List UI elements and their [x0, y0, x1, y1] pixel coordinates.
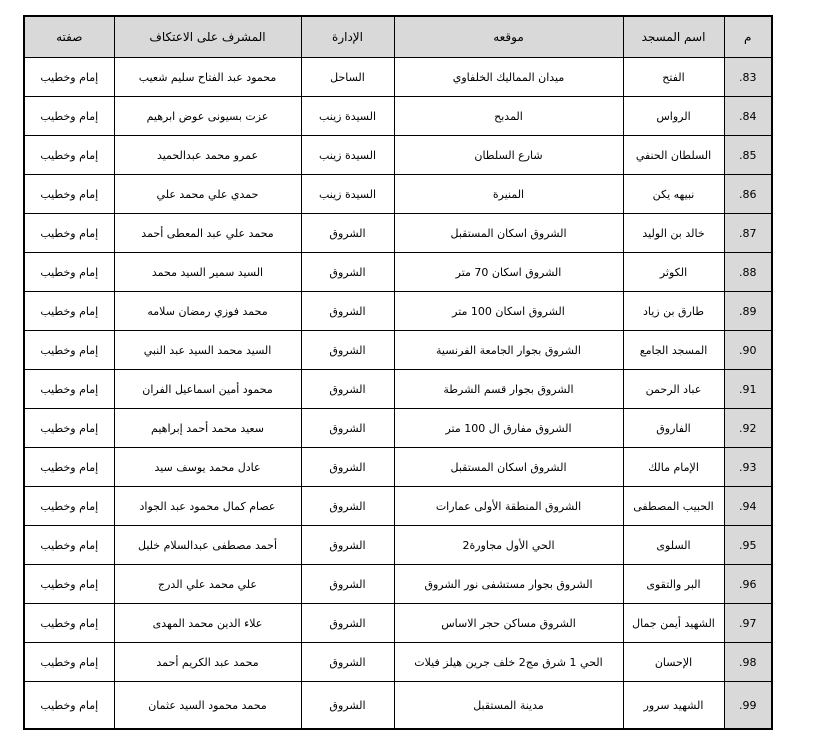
cell-location: المنيرة — [394, 175, 623, 214]
cell-supervisor: السيد محمد السيد عبد النبي — [114, 331, 301, 370]
cell-supervisor: عادل محمد يوسف سيد — [114, 448, 301, 487]
cell-role: إمام وخطيب — [24, 331, 114, 370]
cell-supervisor: محمود أمين اسماعيل الفران — [114, 370, 301, 409]
cell-role: إمام وخطيب — [24, 448, 114, 487]
table-row: .88الكوثرالشروق اسكان 70 مترالشروقالسيد … — [24, 253, 772, 292]
cell-supervisor: السيد سمير السيد محمد — [114, 253, 301, 292]
cell-supervisor: محمد علي عبد المعطى أحمد — [114, 214, 301, 253]
table-row: .93الإمام مالكالشروق اسكان المستقبلالشرو… — [24, 448, 772, 487]
cell-admin: الساحل — [301, 58, 394, 97]
cell-num: .93 — [724, 448, 772, 487]
cell-admin: الشروق — [301, 370, 394, 409]
table-row: .90المسجد الجامعالشروق بجوار الجامعة الف… — [24, 331, 772, 370]
cell-num: .90 — [724, 331, 772, 370]
cell-location: الشروق بجوار قسم الشرطة — [394, 370, 623, 409]
cell-admin: الشروق — [301, 565, 394, 604]
table-row: .96البر والتقوىالشروق بجوار مستشفى نور ا… — [24, 565, 772, 604]
cell-mosque: الإحسان — [623, 643, 724, 682]
cell-supervisor: عزت بسيونى عوض ابرهيم — [114, 97, 301, 136]
cell-location: المدبح — [394, 97, 623, 136]
cell-location: شارع السلطان — [394, 136, 623, 175]
cell-location: الشروق بجوار مستشفى نور الشروق — [394, 565, 623, 604]
header-location: موقعه — [394, 16, 623, 58]
cell-supervisor: أحمد مصطفى عبدالسلام خليل — [114, 526, 301, 565]
cell-location: الشروق اسكان المستقبل — [394, 214, 623, 253]
cell-supervisor: محمد محمود السيد عثمان — [114, 682, 301, 730]
cell-supervisor: علاء الدين محمد المهدى — [114, 604, 301, 643]
cell-num: .97 — [724, 604, 772, 643]
cell-mosque: الإمام مالك — [623, 448, 724, 487]
table-row: .86نبيهه يكنالمنيرةالسيدة زينبحمدي علي م… — [24, 175, 772, 214]
cell-admin: الشروق — [301, 331, 394, 370]
table-row: .87خالد بن الوليدالشروق اسكان المستقبلال… — [24, 214, 772, 253]
cell-mosque: عباد الرحمن — [623, 370, 724, 409]
table-row: .89طارق بن زيادالشروق اسكان 100 مترالشرو… — [24, 292, 772, 331]
cell-supervisor: عصام كمال محمود عبد الجواد — [114, 487, 301, 526]
cell-num: .94 — [724, 487, 772, 526]
cell-num: .86 — [724, 175, 772, 214]
table-row: .98الإحسانالحي 1 شرق مج2 خلف جرين هيلز ف… — [24, 643, 772, 682]
cell-location: الحي الأول مجاورة2 — [394, 526, 623, 565]
cell-supervisor: علي محمد علي الدرج — [114, 565, 301, 604]
cell-admin: الشروق — [301, 526, 394, 565]
cell-supervisor: عمرو محمد عبدالحميد — [114, 136, 301, 175]
cell-mosque: الرواس — [623, 97, 724, 136]
cell-supervisor: محمد عبد الكريم أحمد — [114, 643, 301, 682]
cell-admin: الشروق — [301, 409, 394, 448]
cell-role: إمام وخطيب — [24, 604, 114, 643]
header-administration: الإدارة — [301, 16, 394, 58]
cell-admin: الشروق — [301, 214, 394, 253]
cell-mosque: البر والتقوى — [623, 565, 724, 604]
cell-location: الشروق اسكان المستقبل — [394, 448, 623, 487]
cell-mosque: الكوثر — [623, 253, 724, 292]
cell-num: .91 — [724, 370, 772, 409]
cell-mosque: الشهيد أيمن جمال — [623, 604, 724, 643]
cell-location: ميدان المماليك الخلفاوي — [394, 58, 623, 97]
cell-mosque: المسجد الجامع — [623, 331, 724, 370]
cell-role: إمام وخطيب — [24, 175, 114, 214]
document-page: م اسم المسجد موقعه الإدارة المشرف على ال… — [0, 0, 818, 735]
cell-mosque: طارق بن زياد — [623, 292, 724, 331]
cell-supervisor: حمدي علي محمد علي — [114, 175, 301, 214]
cell-role: إمام وخطيب — [24, 409, 114, 448]
cell-location: الشروق اسكان 100 متر — [394, 292, 623, 331]
cell-role: إمام وخطيب — [24, 370, 114, 409]
mosques-table: م اسم المسجد موقعه الإدارة المشرف على ال… — [23, 15, 773, 730]
cell-role: إمام وخطيب — [24, 682, 114, 730]
cell-num: .95 — [724, 526, 772, 565]
table-row: .94الحبيب المصطفىالشروق المنطقة الأولى ع… — [24, 487, 772, 526]
table-row: .85السلطان الحنفيشارع السلطانالسيدة زينب… — [24, 136, 772, 175]
cell-mosque: الفاروق — [623, 409, 724, 448]
cell-admin: الشروق — [301, 487, 394, 526]
cell-location: مدينة المستقبل — [394, 682, 623, 730]
cell-mosque: السلوى — [623, 526, 724, 565]
cell-location: الشروق اسكان 70 متر — [394, 253, 623, 292]
cell-mosque: الفتح — [623, 58, 724, 97]
cell-role: إمام وخطيب — [24, 565, 114, 604]
cell-supervisor: محمد فوزي رمضان سلامه — [114, 292, 301, 331]
cell-admin: الشروق — [301, 448, 394, 487]
cell-role: إمام وخطيب — [24, 214, 114, 253]
cell-num: .89 — [724, 292, 772, 331]
cell-num: .85 — [724, 136, 772, 175]
table-row: .97الشهيد أيمن جمالالشروق مساكن حجر الاس… — [24, 604, 772, 643]
cell-location: الشروق بجوار الجامعة الفرنسية — [394, 331, 623, 370]
cell-role: إمام وخطيب — [24, 643, 114, 682]
table-row: .99الشهيد سرورمدينة المستقبلالشروقمحمد م… — [24, 682, 772, 730]
header-itikaf-supervisor: المشرف على الاعتكاف — [114, 16, 301, 58]
cell-mosque: الحبيب المصطفى — [623, 487, 724, 526]
header-num: م — [724, 16, 772, 58]
cell-role: إمام وخطيب — [24, 136, 114, 175]
cell-admin: السيدة زينب — [301, 175, 394, 214]
cell-num: .84 — [724, 97, 772, 136]
cell-admin: السيدة زينب — [301, 97, 394, 136]
cell-admin: الشروق — [301, 682, 394, 730]
cell-admin: الشروق — [301, 643, 394, 682]
cell-num: .92 — [724, 409, 772, 448]
cell-role: إمام وخطيب — [24, 253, 114, 292]
cell-num: .87 — [724, 214, 772, 253]
cell-mosque: السلطان الحنفي — [623, 136, 724, 175]
cell-role: إمام وخطيب — [24, 526, 114, 565]
table-row: .92الفاروقالشروق مفارق ال 100 مترالشروقس… — [24, 409, 772, 448]
cell-num: .88 — [724, 253, 772, 292]
cell-role: إمام وخطيب — [24, 292, 114, 331]
cell-mosque: الشهيد سرور — [623, 682, 724, 730]
header-mosque-name: اسم المسجد — [623, 16, 724, 58]
cell-location: الشروق المنطقة الأولى عمارات — [394, 487, 623, 526]
table-row: .83الفتحميدان المماليك الخلفاويالساحلمحم… — [24, 58, 772, 97]
cell-num: .99 — [724, 682, 772, 730]
cell-role: إمام وخطيب — [24, 58, 114, 97]
cell-num: .96 — [724, 565, 772, 604]
cell-location: الشروق مساكن حجر الاساس — [394, 604, 623, 643]
cell-admin: الشروق — [301, 604, 394, 643]
cell-num: .83 — [724, 58, 772, 97]
cell-admin: السيدة زينب — [301, 136, 394, 175]
cell-role: إمام وخطيب — [24, 487, 114, 526]
cell-location: الشروق مفارق ال 100 متر — [394, 409, 623, 448]
cell-supervisor: محمود عبد الفتاح سليم شعيب — [114, 58, 301, 97]
cell-location: الحي 1 شرق مج2 خلف جرين هيلز فيلات — [394, 643, 623, 682]
table-row: .91عباد الرحمنالشروق بجوار قسم الشرطةالش… — [24, 370, 772, 409]
cell-role: إمام وخطيب — [24, 97, 114, 136]
cell-mosque: نبيهه يكن — [623, 175, 724, 214]
table-row: .95السلوىالحي الأول مجاورة2الشروقأحمد مص… — [24, 526, 772, 565]
cell-admin: الشروق — [301, 253, 394, 292]
cell-mosque: خالد بن الوليد — [623, 214, 724, 253]
table-row: .84الرواسالمدبحالسيدة زينبعزت بسيونى عوض… — [24, 97, 772, 136]
header-role: صفته — [24, 16, 114, 58]
cell-supervisor: سعيد محمد أحمد إبراهيم — [114, 409, 301, 448]
cell-num: .98 — [724, 643, 772, 682]
table-body: .83الفتحميدان المماليك الخلفاويالساحلمحم… — [24, 58, 772, 730]
table-header-row: م اسم المسجد موقعه الإدارة المشرف على ال… — [24, 16, 772, 58]
cell-admin: الشروق — [301, 292, 394, 331]
